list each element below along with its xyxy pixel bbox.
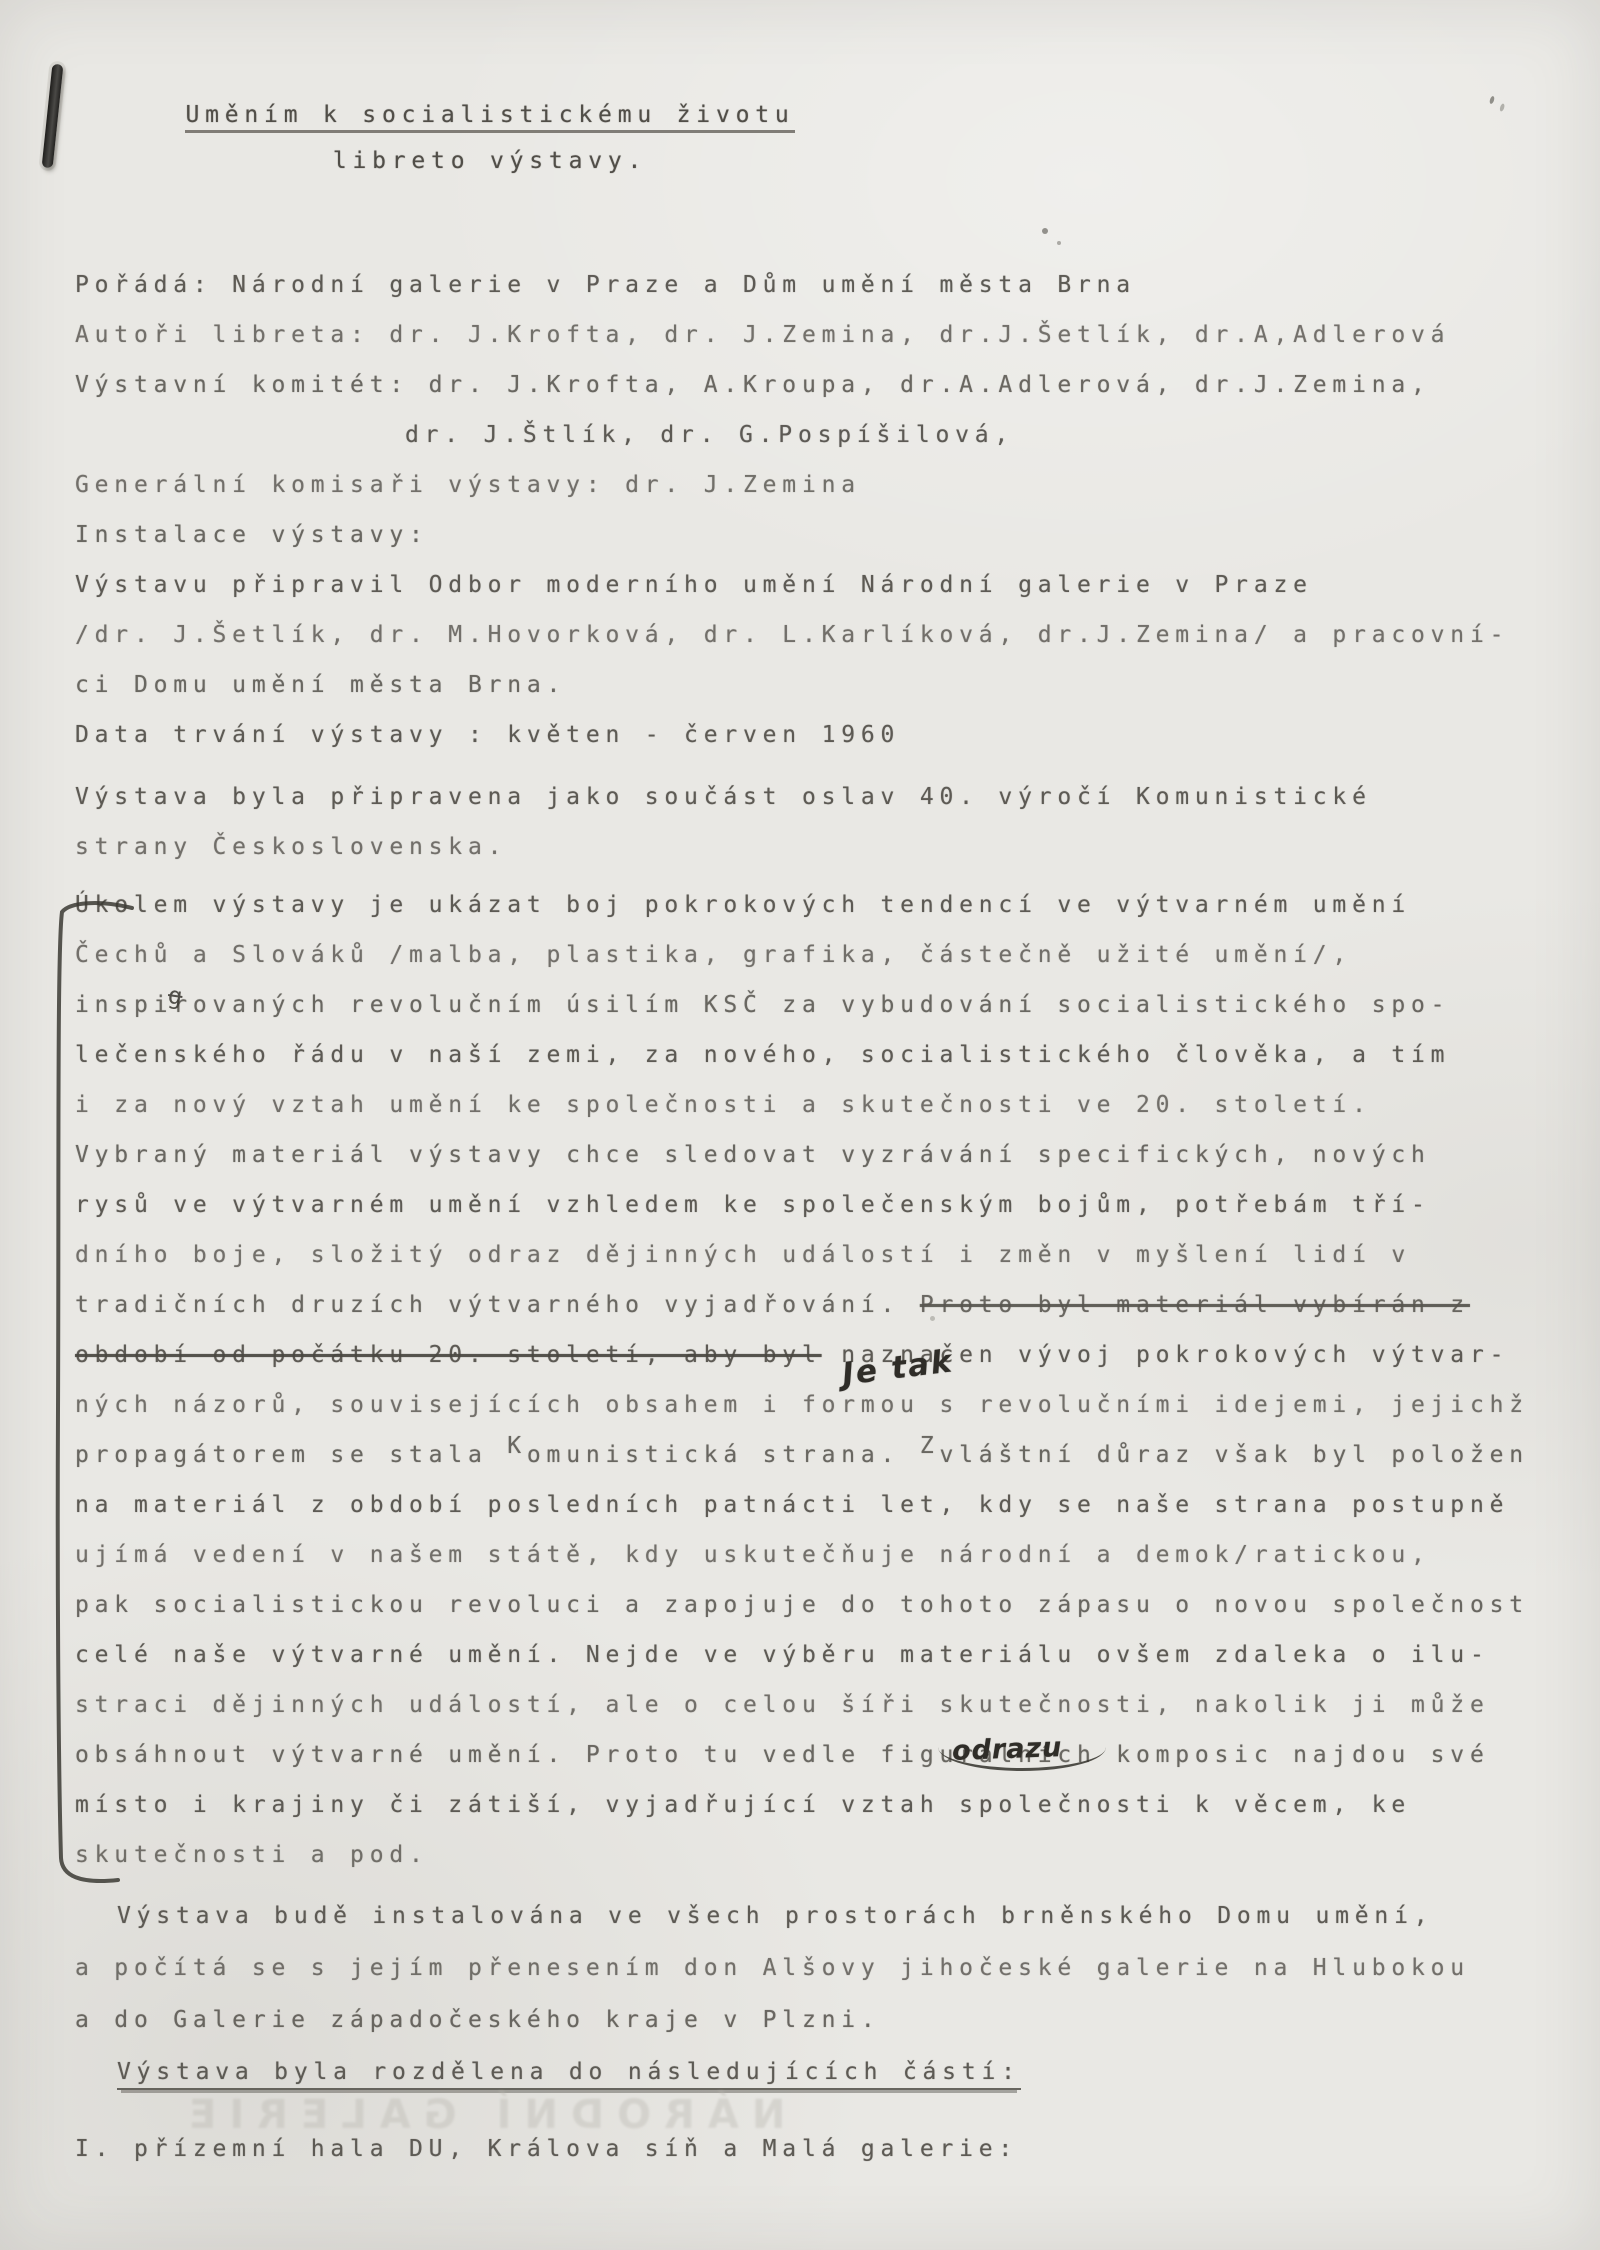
typed-line: Instalace výstavy: — [75, 510, 1580, 560]
typed-line: Výstava byla připravena jako součást osl… — [75, 772, 1580, 822]
typed-line: ujímá vedení v našem státě, kdy uskutečň… — [75, 1530, 1580, 1580]
typed-line: Pořádá: Národní galerie v Praze a Dům um… — [75, 260, 1580, 310]
typed-line: straci dějinných událostí, ale o celou š… — [75, 1680, 1580, 1730]
typed-line: i za nový vztah umění ke společnosti a s… — [75, 1080, 1580, 1130]
closing-paragraph: Výstava budě instalována ve všech prosto… — [75, 1890, 1580, 2098]
typed-line: propagátorem se stala Komunistická stran… — [75, 1430, 1580, 1480]
typed-line: inspirovaných revolučním úsilím KSČ za v… — [75, 980, 1580, 1030]
typed-line: místo i krajiny či zátiší, vyjadřující v… — [75, 1780, 1580, 1830]
typed-line: dního boje, složitý odraz dějinných udál… — [75, 1230, 1580, 1280]
main-paragraph: Úkolem výstavy je ukázat boj pokrokových… — [75, 880, 1580, 1880]
typed-line: Výstava budě instalována ve všech prosto… — [75, 1890, 1580, 1942]
paper-speck — [1489, 96, 1495, 105]
typed-line: lečenského řádu v naší zemi, za nového, … — [75, 1030, 1580, 1080]
title-block: Uměním k socialistickému životu libreto … — [75, 92, 905, 184]
typed-line: strany Československa. — [75, 822, 1580, 872]
margin-bracket — [40, 890, 160, 1910]
typed-line: /dr. J.Šetlík, dr. M.Hovorková, dr. L.Ka… — [75, 610, 1580, 660]
typed-line: Výstavu připravil Odbor moderního umění … — [75, 560, 1580, 610]
typed-line: ci Domu umění města Brna. — [75, 660, 1580, 710]
staple-icon — [42, 64, 64, 169]
typed-line: pak socialistickou revoluci a zapojuje d… — [75, 1580, 1580, 1630]
ghost-offset-text: NÁRODNÍ GALERIE — [176, 2092, 785, 2138]
typed-line: Vybraný materiál výstavy chce sledovat v… — [75, 1130, 1580, 1180]
typed-line: období od počátku 20. století, aby byl n… — [75, 1330, 1580, 1380]
document-subtitle: libreto výstavy. — [75, 138, 905, 184]
typed-line: a do Galerie západočeského kraje v Plzni… — [75, 1994, 1580, 2046]
typed-line: Výstava byla rozdělena do následujících … — [75, 2046, 1580, 2098]
typed-line: celé naše výtvarné umění. Nejde ve výběr… — [75, 1630, 1580, 1680]
typed-line: tradičních druzích výtvarného vyjadřován… — [75, 1280, 1580, 1330]
credits-block: Pořádá: Národní galerie v Praze a Dům um… — [75, 260, 1580, 760]
anniversary-note: Výstava byla připravena jako součást osl… — [75, 772, 1580, 872]
typed-line: rysů ve výtvarném umění vzhledem ke spol… — [75, 1180, 1580, 1230]
typed-line: skutečnosti a pod. — [75, 1830, 1580, 1880]
typed-line: ných názorů, souvisejících obsahem i for… — [75, 1380, 1580, 1430]
typed-line: Autoři libreta: dr. J.Krofta, dr. J.Zemi… — [75, 310, 1580, 360]
typed-line: a počítá se s jejím přenesením don Alšov… — [75, 1942, 1580, 1994]
typed-line: Generální komisaři výstavy: dr. J.Zemina — [75, 460, 1580, 510]
typed-line: na materiál z období posledních patnácti… — [75, 1480, 1580, 1530]
document-title: Uměním k socialistickému životu — [75, 92, 905, 138]
typed-line: dr. J.Štlík, dr. G.Pospíšilová, — [75, 410, 1580, 460]
paper-speck — [1042, 228, 1048, 234]
typed-line: Čechů a Slováků /malba, plastika, grafik… — [75, 930, 1580, 980]
typed-line: obsáhnout výtvarné umění. Proto tu vedle… — [75, 1730, 1580, 1780]
paper-speck — [930, 1316, 935, 1321]
scanned-typewritten-page: Uměním k socialistickému životu libreto … — [0, 0, 1600, 2250]
typed-line: Výstavní komitét: dr. J.Krofta, A.Kroupa… — [75, 360, 1580, 410]
typed-line: Úkolem výstavy je ukázat boj pokrokových… — [75, 880, 1580, 930]
typed-line: Data trvání výstavy : květen - červen 19… — [75, 710, 1580, 760]
